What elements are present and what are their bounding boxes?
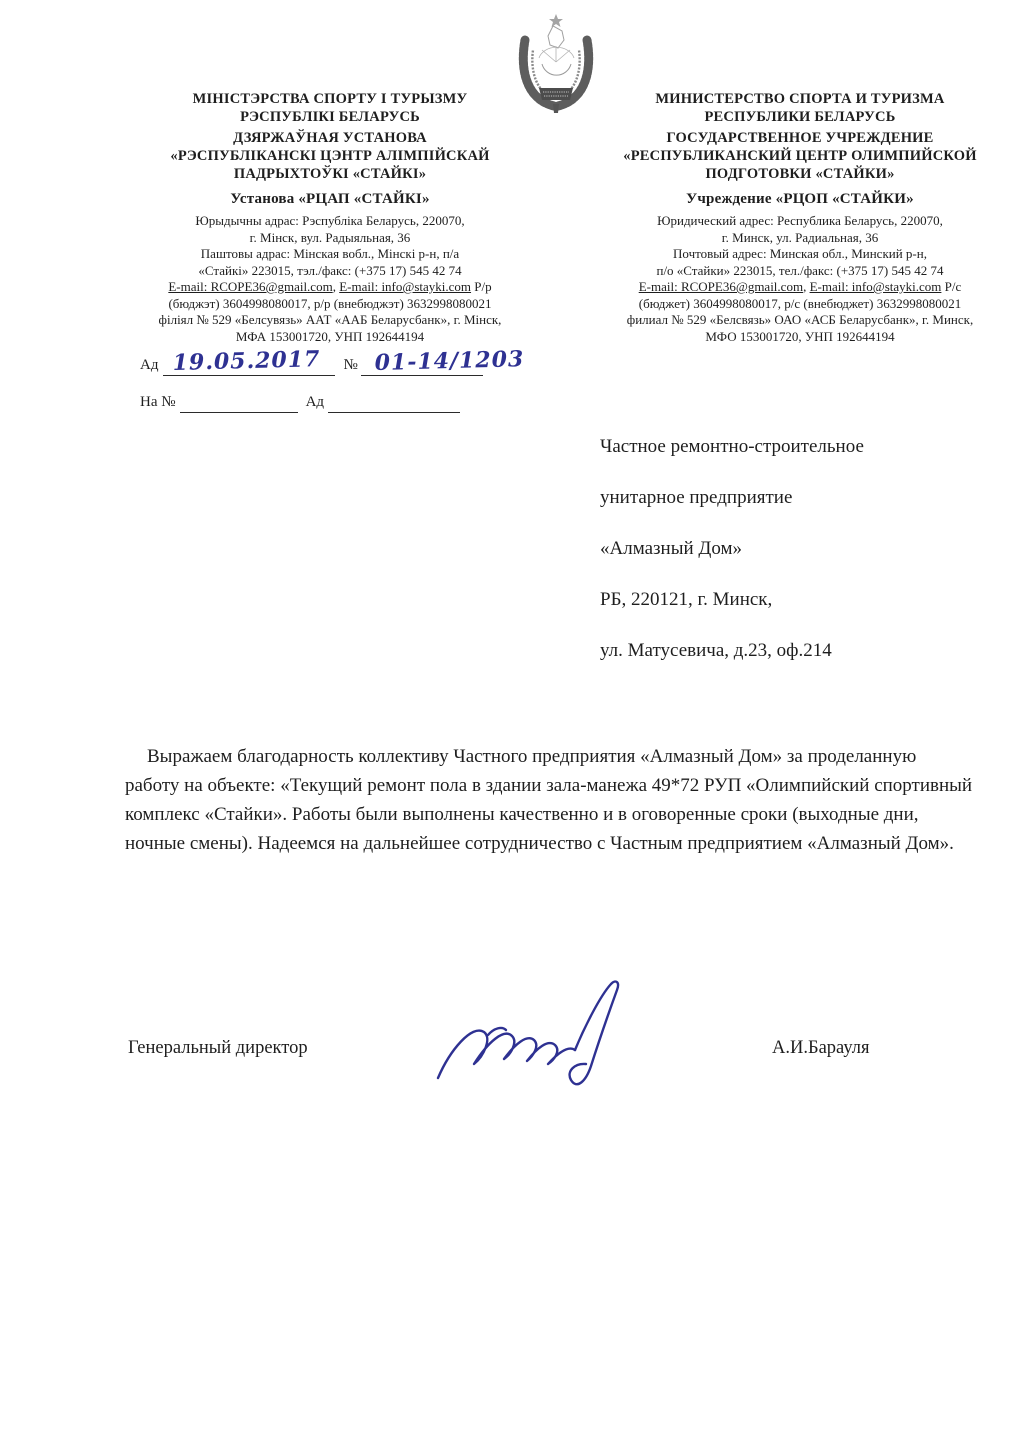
bank-accounts-ru: (бюджет) 3604998080017, р/с (внебюджет) … (588, 296, 1012, 313)
handwritten-signature-icon (428, 978, 664, 1100)
org-type-by: ДЗЯРЖАЎНАЯ УСТАНОВА (126, 129, 534, 147)
legal-address-by: Юрыдычны адрас: Рэспубліка Беларусь, 220… (126, 213, 534, 230)
legal-address-ru: Юридический адрес: Республика Беларусь, … (588, 213, 1012, 230)
ministry-name-ru: МИНИСТЕРСТВО СПОРТА И ТУРИЗМА (588, 90, 1012, 108)
address-block-ru: Юридический адрес: Республика Беларусь, … (588, 213, 1012, 345)
org-name-ru-line1: «РЕСПУБЛИКАНСКИЙ ЦЕНТР ОЛИМПИЙСКОЙ (588, 147, 1012, 165)
postal-address-by: Паштовы адрас: Мінская вобл., Мінскі р-н… (126, 246, 534, 263)
email-link-1: E-mail: RCOPE36@gmail.com (168, 279, 332, 294)
ministry-name-by: МІНІСТЭРСТВА СПОРТУ І ТУРЫЗМУ (126, 90, 534, 108)
email-link-2: E-mail: info@stayki.com (339, 279, 471, 294)
date-blank-line: 19.05.2017 (163, 352, 335, 376)
org-short-name-by: Установа «РЦАП «СТАЙКІ» (126, 190, 534, 208)
org-name-ru-line2: ПОДГОТОВКИ «СТАЙКИ» (588, 165, 1012, 183)
org-short-name-ru: Учреждение «РЦОП «СТАЙКИ» (588, 190, 1012, 208)
handwritten-date: 19.05.2017 (173, 346, 321, 376)
email-link-2: E-mail: info@stayki.com (810, 279, 942, 294)
number-label: № (343, 357, 357, 376)
org-name-by-line1: «РЭСПУБЛІКАНСКІ ЦЭНТР АЛІМПІЙСКАЙ (126, 147, 534, 165)
recipient-line: унитарное предприятие (600, 487, 992, 509)
phone-fax-ru: п/о «Стайки» 223015, тел./факс: (+375 17… (588, 263, 1012, 280)
recipient-line: ул. Матусевича, д.23, оф.214 (600, 640, 992, 662)
reply-date-blank-line (328, 389, 460, 413)
recipient-line: Частное ремонтно-строительное (600, 436, 992, 458)
postal-address-ru: Почтовый адрес: Минская обл., Минский р-… (588, 246, 1012, 263)
scanned-letter-page: МІНІСТЭРСТВА СПОРТУ І ТУРЫЗМУ РЭСПУБЛІКІ… (0, 0, 1024, 1448)
letter-body-paragraph: Выражаем благодарность коллективу Частно… (125, 742, 973, 858)
legal-address-by-2: г. Мінск, вул. Радыяльная, 36 (126, 230, 534, 247)
phone-fax-by: «Стайкі» 223015, тэл./факс: (+375 17) 54… (126, 263, 534, 280)
account-prefix-ru: Р/с (941, 279, 961, 294)
bank-accounts-by: (бюджэт) 3604998080017, р/р (внебюджэт) … (126, 296, 534, 313)
reply-to-number-label: На № (140, 394, 176, 413)
org-name-by-line2: ПАДРЫХТОЎКІ «СТАЙКІ» (126, 165, 534, 183)
signer-title: Генеральный директор (128, 1038, 308, 1059)
legal-address-ru-2: г. Минск, ул. Радиальная, 36 (588, 230, 1012, 247)
incoming-ref-row: На №Ад (140, 389, 550, 419)
letterhead-belarusian: МІНІСТЭРСТВА СПОРТУ І ТУРЫЗМУ РЭСПУБЛІКІ… (126, 90, 534, 345)
org-type-ru: ГОСУДАРСТВЕННОЕ УЧРЕЖДЕНИЕ (588, 129, 1012, 147)
signer-name: А.И.Барауля (772, 1038, 870, 1059)
handwritten-number: 01-14/1203 (374, 346, 524, 376)
bank-branch-ru: филиал № 529 «Белсвязь» ОАО «АСБ Беларус… (588, 312, 1012, 329)
email-link-1: E-mail: RCOPE36@gmail.com (639, 279, 803, 294)
recipient-line: РБ, 220121, г. Минск, (600, 589, 992, 611)
reply-number-blank-line (180, 389, 298, 413)
recipient-block: Частное ремонтно-строительное унитарное … (600, 436, 992, 691)
republic-name-by: РЭСПУБЛІКІ БЕЛАРУСЬ (126, 108, 534, 126)
number-blank-line: 01-14/1203 (361, 352, 483, 376)
recipient-line: «Алмазный Дом» (600, 538, 992, 560)
email-line-by: E-mail: RCOPE36@gmail.com, E-mail: info@… (126, 279, 534, 296)
email-line-ru: E-mail: RCOPE36@gmail.com, E-mail: info@… (588, 279, 1012, 296)
bank-codes-ru: МФО 153001720, УНП 192644194 (588, 329, 1012, 346)
reference-block: Ад19.05.2017№01-14/1203 На №Ад (140, 352, 550, 419)
republic-name-ru: РЕСПУБЛИКИ БЕЛАРУСЬ (588, 108, 1012, 126)
address-block-by: Юрыдычны адрас: Рэспубліка Беларусь, 220… (126, 213, 534, 345)
reply-from-date-label: Ад (306, 394, 324, 413)
bank-codes-by: МФА 153001720, УНП 192644194 (126, 329, 534, 346)
bank-branch-by: філіял № 529 «Белсувязь» ААТ «ААБ Белару… (126, 312, 534, 329)
letterhead-russian: МИНИСТЕРСТВО СПОРТА И ТУРИЗМА РЕСПУБЛИКИ… (588, 90, 1012, 345)
from-date-label: Ад (140, 357, 158, 376)
account-prefix-by: Р/р (471, 279, 492, 294)
outgoing-ref-row: Ад19.05.2017№01-14/1203 (140, 352, 550, 382)
